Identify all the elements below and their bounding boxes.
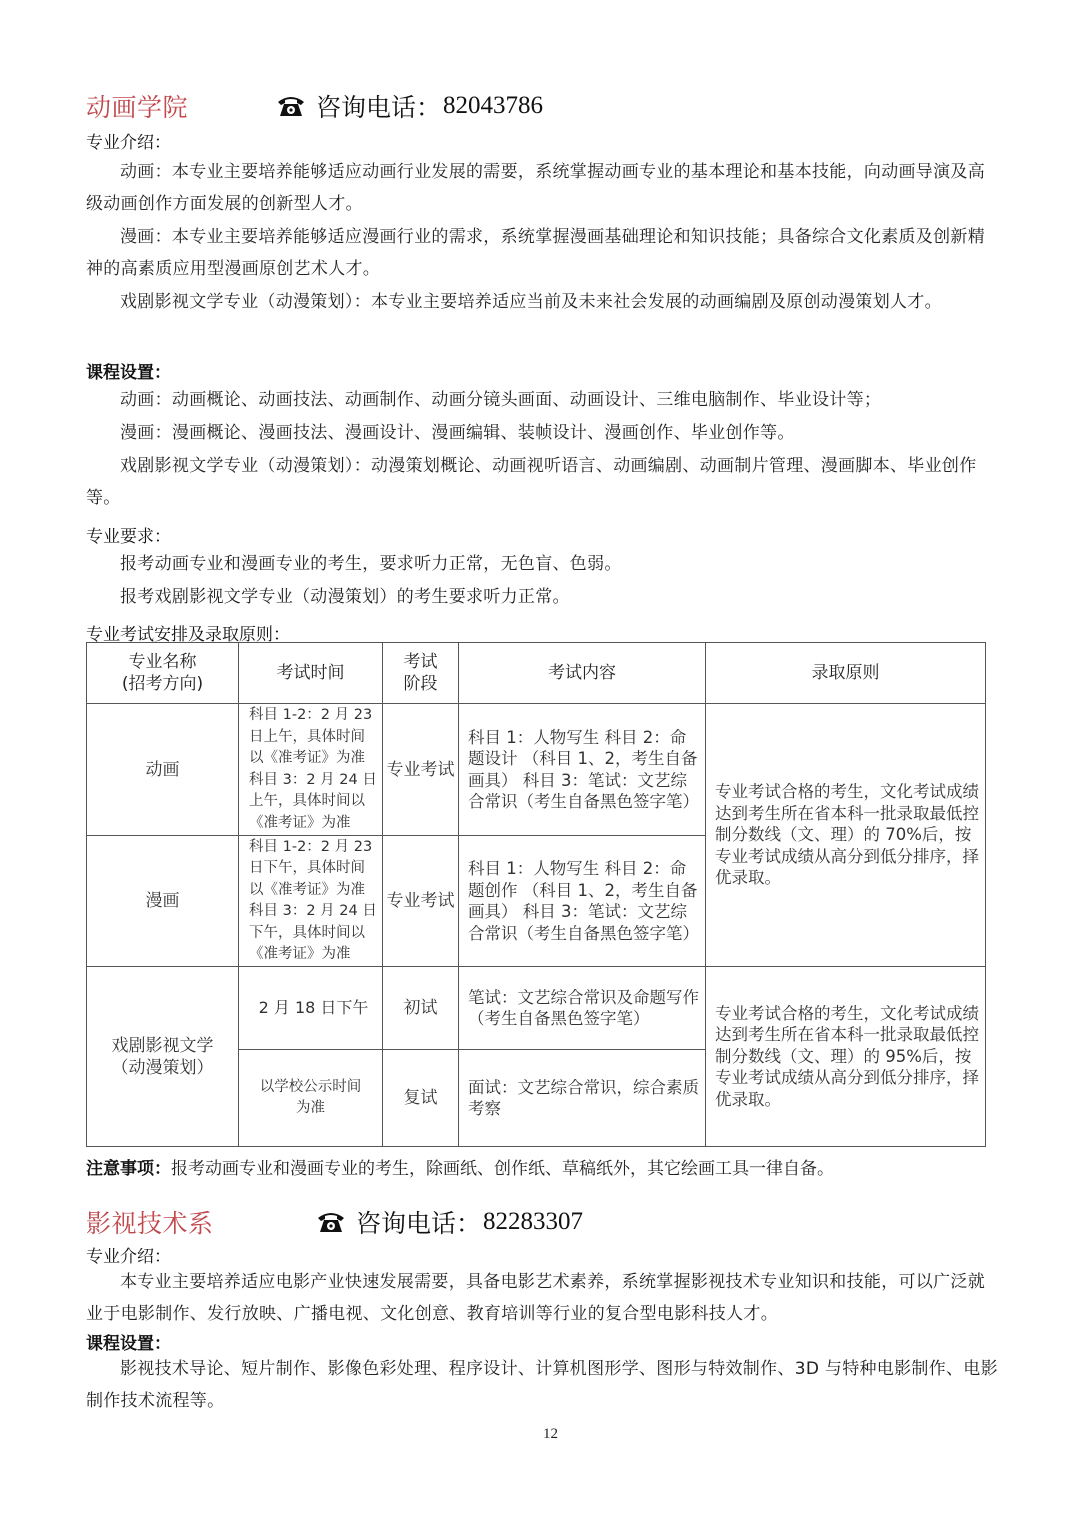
intro-heading: 专业介绍： bbox=[86, 128, 171, 153]
course-animation: 动画：动画概论、动画技法、动画制作、动画分镜头画面、动画设计、三维电脑制作、毕业… bbox=[86, 384, 1001, 416]
table-row: 戏剧影视文学（动漫策划） 2 月 18 日下午 初试 笔试：文艺综合常识及命题写… bbox=[87, 967, 986, 1050]
admission-rule: 专业考试合格的考生，文化考试成绩达到考生所在省本科一批录取最低控制分数线（文、理… bbox=[706, 704, 986, 967]
exam-schedule-table: 专业名称 (招考方向) 考试时间 考试 阶段 考试内容 录取原则 动画 科目 1… bbox=[86, 642, 986, 1147]
requirement-drama: 报考戏剧影视文学专业（动漫策划）的考生要求听力正常。 bbox=[86, 581, 1001, 613]
exam-content: 笔试：文艺综合常识及命题写作（考生自备黑色签字笔） bbox=[459, 967, 706, 1050]
notice-label: 注意事项： bbox=[86, 1159, 171, 1179]
exam-stage: 专业考试 bbox=[383, 704, 459, 836]
department-title-film-tech: 影视技术系 bbox=[86, 1204, 214, 1240]
course-film-tech: 影视技术导论、短片制作、影像色彩处理、程序设计、计算机图形学、图形与特效制作、3… bbox=[86, 1353, 1001, 1417]
header-exam-stage: 考试 阶段 bbox=[383, 643, 459, 704]
header-admission-rule: 录取原则 bbox=[706, 643, 986, 704]
phone-number: 82043786 bbox=[443, 92, 543, 120]
course-heading: 课程设置： bbox=[86, 1329, 171, 1354]
intro-film-tech: 本专业主要培养适应电影产业快速发展需要，具备电影艺术素养，系统掌握影视技术专业知… bbox=[86, 1266, 1001, 1330]
exam-stage: 专业考试 bbox=[383, 836, 459, 967]
exam-stage: 复试 bbox=[383, 1050, 459, 1147]
requirement-heading: 专业要求： bbox=[86, 522, 171, 547]
notice: 注意事项：报考动画专业和漫画专业的考生，除画纸、创作纸、草稿纸外，其它绘画工具一… bbox=[86, 1154, 834, 1179]
header-exam-time: 考试时间 bbox=[239, 643, 383, 704]
admission-rule: 专业考试合格的考生，文化考试成绩达到考生所在省本科一批录取最低控制分数线（文、理… bbox=[706, 967, 986, 1147]
intro-comic: 漫画：本专业主要培养能够适应漫画行业的需求，系统掌握漫画基础理论和知识技能；具备… bbox=[86, 221, 1001, 285]
major-name: 戏剧影视文学（动漫策划） bbox=[87, 967, 239, 1147]
requirement-animation-comic: 报考动画专业和漫画专业的考生，要求听力正常，无色盲、色弱。 bbox=[86, 548, 1001, 580]
course-heading: 课程设置： bbox=[86, 358, 171, 383]
exam-content: 科目 1：人物写生 科目 2：命题创作 （科目 1、2，考生自备画具） 科目 3… bbox=[459, 836, 706, 967]
course-comic: 漫画：漫画概论、漫画技法、漫画设计、漫画编辑、装帧设计、漫画创作、毕业创作等。 bbox=[86, 417, 1001, 449]
course-drama: 戏剧影视文学专业（动漫策划）：动漫策划概论、动画视听语言、动画编剧、动画制片管理… bbox=[86, 450, 1001, 514]
exam-content: 科目 1：人物写生 科目 2：命题设计 （科目 1、2，考生自备画具） 科目 3… bbox=[459, 704, 706, 836]
table-header-row: 专业名称 (招考方向) 考试时间 考试 阶段 考试内容 录取原则 bbox=[87, 643, 986, 704]
intro-drama: 戏剧影视文学专业（动漫策划）：本专业主要培养适应当前及未来社会发展的动画编剧及原… bbox=[86, 286, 1001, 318]
exam-time: 2 月 18 日下午 bbox=[239, 967, 383, 1050]
major-name: 动画 bbox=[87, 704, 239, 836]
page-number: 12 bbox=[543, 1426, 558, 1443]
phone-contact-film-tech: 咨询电话： 82283307 bbox=[316, 1204, 583, 1240]
header-major-name: 专业名称 (招考方向) bbox=[87, 643, 239, 704]
exam-time: 以学校公示时间为准 bbox=[239, 1050, 383, 1147]
telephone-icon bbox=[316, 1210, 346, 1234]
phone-number: 82283307 bbox=[483, 1208, 583, 1236]
intro-animation: 动画：本专业主要培养能够适应动画行业发展的需要，系统掌握动画专业的基本理论和基本… bbox=[86, 156, 1001, 220]
exam-time: 科目 1-2：2 月 23 日下午，具体时间以《准考证》为准 科目 3：2 月 … bbox=[239, 836, 383, 967]
header-exam-content: 考试内容 bbox=[459, 643, 706, 704]
notice-text: 报考动画专业和漫画专业的考生，除画纸、创作纸、草稿纸外，其它绘画工具一律自备。 bbox=[171, 1159, 834, 1179]
intro-heading: 专业介绍： bbox=[86, 1242, 171, 1267]
exam-time: 科目 1-2：2 月 23 日上午，具体时间以《准考证》为准 科目 3：2 月 … bbox=[239, 704, 383, 836]
exam-content: 面试：文艺综合常识，综合素质考察 bbox=[459, 1050, 706, 1147]
telephone-icon bbox=[276, 94, 306, 118]
phone-contact-animation: 咨询电话： 82043786 bbox=[276, 88, 543, 124]
phone-label: 咨询电话： bbox=[316, 88, 441, 124]
exam-stage: 初试 bbox=[383, 967, 459, 1050]
table-row: 动画 科目 1-2：2 月 23 日上午，具体时间以《准考证》为准 科目 3：2… bbox=[87, 704, 986, 836]
phone-label: 咨询电话： bbox=[356, 1204, 481, 1240]
major-name: 漫画 bbox=[87, 836, 239, 967]
department-title-animation: 动画学院 bbox=[86, 88, 188, 124]
